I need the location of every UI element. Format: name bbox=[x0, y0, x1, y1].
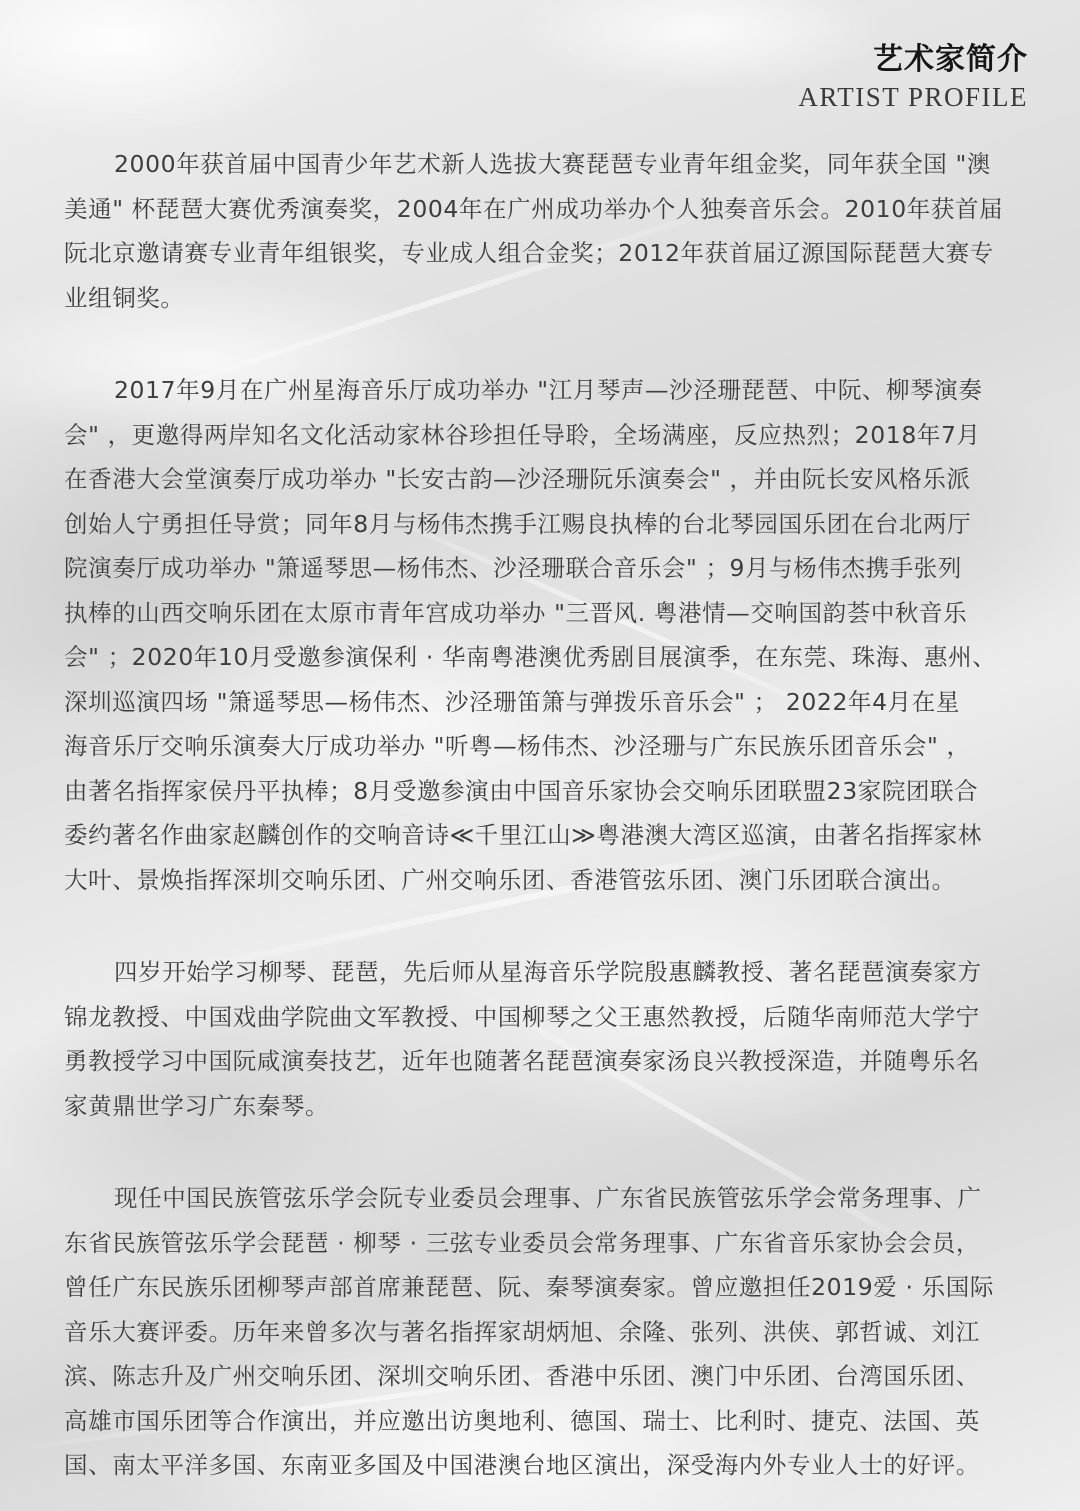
text-line: 东省民族管弦乐学会琵琶 · 柳琴 · 三弦专业委员会常务理事、广东省音乐家协会会… bbox=[64, 1221, 1024, 1266]
text-line: 创始人宁勇担任导赏；同年8月与杨伟杰携手江赐良执棒的台北琴园国乐团在台北两厅 bbox=[64, 502, 1024, 547]
text-line: 2000年获首届中国青少年艺术新人选拔大赛琵琶专业青年组金奖，同年获全国 "澳 bbox=[64, 142, 1024, 187]
text-line: 执棒的山西交响乐团在太原市青年宫成功举办 "三晋风. 粤港情—交响国韵荟中秋音乐 bbox=[64, 591, 1024, 636]
text-line: 阮北京邀请赛专业青年组银奖，专业成人组合金奖；2012年获首届辽源国际琵琶大赛专 bbox=[64, 231, 1024, 276]
page-header: 艺术家简介 ARTIST PROFILE bbox=[798, 40, 1028, 114]
paragraph-concerts: 2017年9月在广州星海音乐厅成功举办 "江月琴声—沙泾珊琵琶、中阮、柳琴演奏 … bbox=[64, 368, 1024, 902]
paragraph-positions: 现任中国民族管弦乐学会阮专业委员会理事、广东省民族管弦乐学会常务理事、广 东省民… bbox=[64, 1176, 1024, 1488]
text-line: 锦龙教授、中国戏曲学院曲文军教授、中国柳琴之父王惠然教授，后随华南师范大学宁 bbox=[64, 995, 1024, 1040]
text-line: 美通" 杯琵琶大赛优秀演奏奖，2004年在广州成功举办个人独奏音乐会。2010年… bbox=[64, 187, 1024, 232]
paragraph-gap bbox=[64, 320, 1024, 368]
paragraph-awards: 2000年获首届中国青少年艺术新人选拔大赛琵琶专业青年组金奖，同年获全国 "澳 … bbox=[64, 142, 1024, 320]
text-line: 业组铜奖。 bbox=[64, 276, 1024, 321]
page-title-chinese: 艺术家简介 bbox=[798, 40, 1028, 80]
page-title-english: ARTIST PROFILE bbox=[798, 80, 1028, 114]
text-line: 会" ；2020年10月受邀参演保利 · 华南粤港澳优秀剧目展演季，在东莞、珠海… bbox=[64, 635, 1024, 680]
paragraph-gap bbox=[64, 1128, 1024, 1176]
text-line: 国、南太平洋多国、东南亚多国及中国港澳台地区演出，深受海内外专业人士的好评。 bbox=[64, 1443, 1024, 1488]
text-line: 2017年9月在广州星海音乐厅成功举办 "江月琴声—沙泾珊琵琶、中阮、柳琴演奏 bbox=[64, 368, 1024, 413]
text-line: 现任中国民族管弦乐学会阮专业委员会理事、广东省民族管弦乐学会常务理事、广 bbox=[64, 1176, 1024, 1221]
text-line: 勇教授学习中国阮咸演奏技艺，近年也随著名琵琶演奏家汤良兴教授深造，并随粤乐名 bbox=[64, 1039, 1024, 1084]
text-line: 由著名指挥家侯丹平执棒；8月受邀参演由中国音乐家协会交响乐团联盟23家院团联合 bbox=[64, 769, 1024, 814]
text-line: 会" ，更邀得两岸知名文化活动家林谷珍担任导聆，全场满座，反应热烈；2018年7… bbox=[64, 413, 1024, 458]
text-line: 委约著名作曲家赵麟创作的交响音诗≪千里江山≫粤港澳大湾区巡演，由著名指挥家林 bbox=[64, 813, 1024, 858]
text-line: 高雄市国乐团等合作演出，并应邀出访奥地利、德国、瑞士、比利时、捷克、法国、英 bbox=[64, 1399, 1024, 1444]
text-line: 家黄鼎世学习广东秦琴。 bbox=[64, 1084, 1024, 1129]
text-line: 滨、陈志升及广州交响乐团、深圳交响乐团、香港中乐团、澳门中乐团、台湾国乐团、 bbox=[64, 1354, 1024, 1399]
text-line: 大叶、景焕指挥深圳交响乐团、广州交响乐团、香港管弦乐团、澳门乐团联合演出。 bbox=[64, 858, 1024, 903]
text-line: 曾任广东民族乐团柳琴声部首席兼琵琶、阮、秦琴演奏家。曾应邀担任2019爱 · 乐… bbox=[64, 1265, 1024, 1310]
profile-body: 2000年获首届中国青少年艺术新人选拔大赛琵琶专业青年组金奖，同年获全国 "澳 … bbox=[64, 142, 1024, 1488]
paragraph-education: 四岁开始学习柳琴、琵琶，先后师从星海音乐学院殷惠麟教授、著名琵琶演奏家方 锦龙教… bbox=[64, 950, 1024, 1128]
text-line: 海音乐厅交响乐演奏大厅成功举办 "听粤—杨伟杰、沙泾珊与广东民族乐团音乐会" ， bbox=[64, 724, 1024, 769]
text-line: 在香港大会堂演奏厅成功举办 "长安古韵—沙泾珊阮乐演奏会" ，并由阮长安风格乐派 bbox=[64, 457, 1024, 502]
text-line: 音乐大赛评委。历年来曾多次与著名指挥家胡炳旭、余隆、张列、洪侠、郭哲诚、刘江 bbox=[64, 1310, 1024, 1355]
paragraph-gap bbox=[64, 902, 1024, 950]
text-line: 院演奏厅成功举办 "箫遥琴思—杨伟杰、沙泾珊联合音乐会" ；9月与杨伟杰携手张列 bbox=[64, 546, 1024, 591]
text-line: 四岁开始学习柳琴、琵琶，先后师从星海音乐学院殷惠麟教授、著名琵琶演奏家方 bbox=[64, 950, 1024, 995]
text-line: 深圳巡演四场 "箫遥琴思—杨伟杰、沙泾珊笛箫与弹拨乐音乐会" ； 2022年4月… bbox=[64, 680, 1024, 725]
